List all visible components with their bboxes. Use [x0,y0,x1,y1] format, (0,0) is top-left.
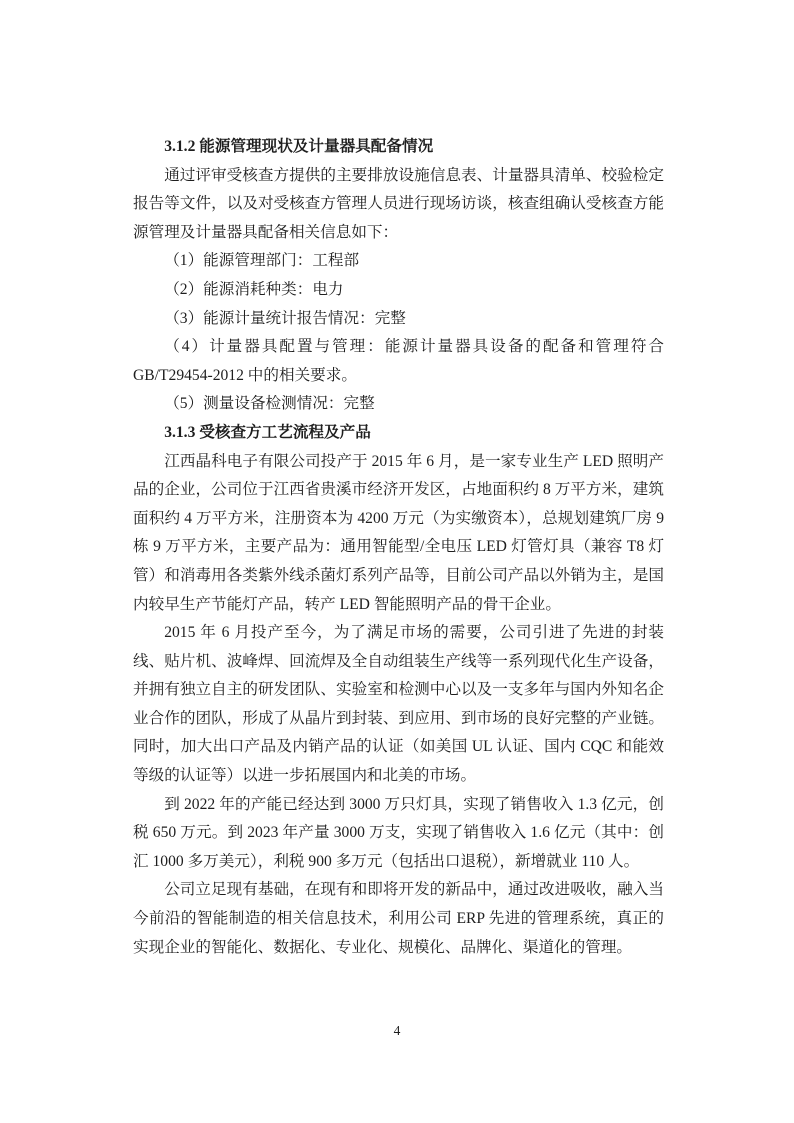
paragraph-company-overview: 江西晶科电子有限公司投产于 2015 年 6 月，是一家专业生产 LED 照明产… [133,448,664,620]
list-item-measuring-equipment: （5）测量设备检测情况：完整 [133,390,664,419]
paragraph-future-development: 公司立足现有基础，在现有和即将开发的新品中，通过改进吸收，融入当今前沿的智能制造… [133,876,664,962]
list-item-energy-type: （2）能源消耗种类：电力 [133,276,664,305]
document-content: 3.1.2 能源管理现状及计量器具配备情况 通过评审受核查方提供的主要排放设施信… [133,133,664,962]
page-number: 4 [0,1021,794,1041]
section-heading-3-1-3: 3.1.3 受核查方工艺流程及产品 [133,419,664,448]
list-item-metering-report: （3）能源计量统计报告情况：完整 [133,305,664,334]
document-page: 3.1.2 能源管理现状及计量器具配备情况 通过评审受核查方提供的主要排放设施信… [0,0,794,1123]
paragraph-production-equipment: 2015 年 6 月投产至今，为了满足市场的需要，公司引进了先进的封装线、贴片机… [133,619,664,791]
list-item-metering-management: （4）计量器具配置与管理：能源计量器具设备的配备和管理符合 GB/T29454-… [133,333,664,390]
list-item-energy-department: （1）能源管理部门：工程部 [133,247,664,276]
paragraph-capacity-revenue: 到 2022 年的产能已经达到 3000 万只灯具，实现了销售收入 1.3 亿元… [133,791,664,877]
paragraph-energy-management-intro: 通过评审受核查方提供的主要排放设施信息表、计量器具清单、校验检定报告等文件，以及… [133,162,664,248]
section-heading-3-1-2: 3.1.2 能源管理现状及计量器具配备情况 [133,133,664,162]
